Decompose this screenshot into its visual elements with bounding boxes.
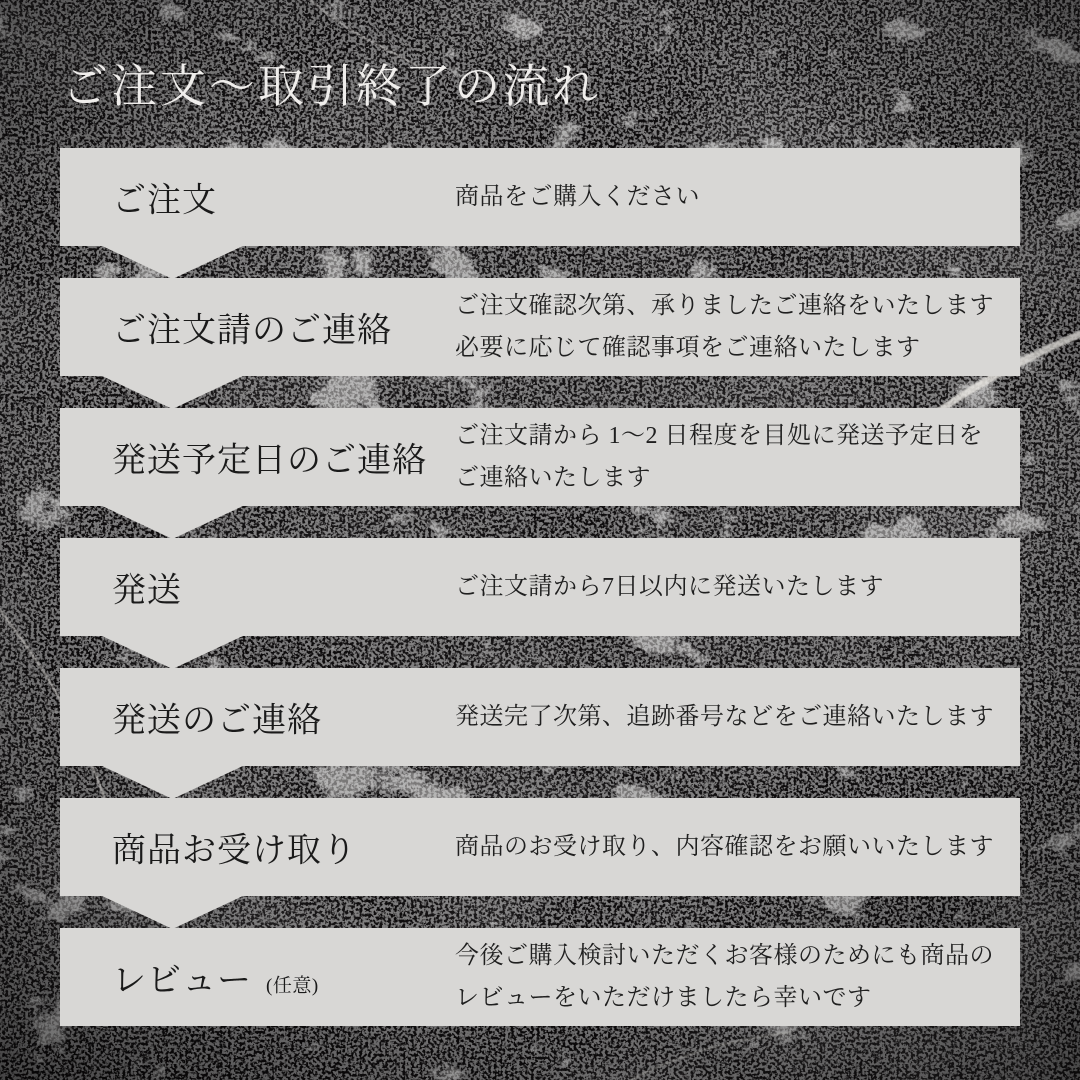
description-line: ご注文請から7日以内に発送いたします <box>455 566 1015 608</box>
step-heading-wrap: 発送予定日のご連絡 <box>112 433 427 482</box>
description-line: 今後ご購入検討いただくお客様のためにも商品の <box>455 935 1015 977</box>
step-heading-wrap: レビュー (任意) <box>112 953 319 1002</box>
step-banner: ご注文請のご連絡 ご注文確認次第、承りましたご連絡をいたします 必要に応じて確認… <box>60 278 1020 376</box>
description-line: 商品をご購入ください <box>455 176 1015 218</box>
down-triangle-icon <box>100 635 245 669</box>
step-banner: 発送のご連絡 発送完了次第、追跡番号などをご連絡いたします <box>60 668 1020 766</box>
step-description: 発送完了次第、追跡番号などをご連絡いたします <box>455 696 1015 738</box>
step-heading: 発送 <box>112 563 182 612</box>
step-banner: 発送予定日のご連絡 ご注文請から 1～2 日程度を目処に発送予定日を ご連絡いた… <box>60 408 1020 506</box>
down-triangle-icon <box>100 765 245 799</box>
step-note: (任意) <box>266 971 319 998</box>
description-line: 必要に応じて確認事項をご連絡いたします <box>455 327 1015 369</box>
steps-list: ご注文 商品をご購入ください ご注文請のご連絡 ご注文確認次第、承りましたご連絡… <box>60 148 1020 1058</box>
step-heading: ご注文請のご連絡 <box>112 303 392 352</box>
step-description: 商品のお受け取り、内容確認をお願いいたします <box>455 826 1015 868</box>
step-receive-item: 商品お受け取り 商品のお受け取り、内容確認をお願いいたします <box>60 798 1020 928</box>
step-banner: 発送 ご注文請から7日以内に発送いたします <box>60 538 1020 636</box>
step-heading: 商品お受け取り <box>112 823 357 872</box>
step-heading-wrap: 発送のご連絡 <box>112 693 322 742</box>
step-shipping: 発送 ご注文請から7日以内に発送いたします <box>60 538 1020 668</box>
step-banner: レビュー (任意) 今後ご購入検討いただくお客様のためにも商品の レビューをいた… <box>60 928 1020 1026</box>
step-heading: 発送予定日のご連絡 <box>112 433 427 482</box>
step-description: 今後ご購入検討いただくお客様のためにも商品の レビューをいただけましたら幸いです <box>455 935 1015 1019</box>
step-heading: ご注文 <box>112 173 217 222</box>
description-line: ご注文請から 1～2 日程度を目処に発送予定日を <box>455 415 1015 457</box>
description-line: 商品のお受け取り、内容確認をお願いいたします <box>455 826 1015 868</box>
down-triangle-icon <box>100 245 245 279</box>
step-heading: レビュー <box>112 953 252 1002</box>
step-description: ご注文確認次第、承りましたご連絡をいたします 必要に応じて確認事項をご連絡いたし… <box>455 285 1015 369</box>
step-banner: 商品お受け取り 商品のお受け取り、内容確認をお願いいたします <box>60 798 1020 896</box>
step-description: 商品をご購入ください <box>455 176 1015 218</box>
description-line: ご注文確認次第、承りましたご連絡をいたします <box>455 285 1015 327</box>
step-banner: ご注文 商品をご購入ください <box>60 148 1020 246</box>
step-heading: 発送のご連絡 <box>112 693 322 742</box>
step-shipping-date-notice: 発送予定日のご連絡 ご注文請から 1～2 日程度を目処に発送予定日を ご連絡いた… <box>60 408 1020 538</box>
step-heading-wrap: 商品お受け取り <box>112 823 357 872</box>
description-line: 発送完了次第、追跡番号などをご連絡いたします <box>455 696 1015 738</box>
step-description: ご注文請から 1～2 日程度を目処に発送予定日を ご連絡いたします <box>455 415 1015 499</box>
step-shipping-notice: 発送のご連絡 発送完了次第、追跡番号などをご連絡いたします <box>60 668 1020 798</box>
flow-infographic: ご注文～取引終了の流れ ご注文 商品をご購入ください ご注文請のご連絡 <box>0 0 1080 1080</box>
down-triangle-icon <box>100 375 245 409</box>
description-line: ご連絡いたします <box>455 457 1015 499</box>
step-description: ご注文請から7日以内に発送いたします <box>455 566 1015 608</box>
step-order-confirmation: ご注文請のご連絡 ご注文確認次第、承りましたご連絡をいたします 必要に応じて確認… <box>60 278 1020 408</box>
page-title: ご注文～取引終了の流れ <box>62 50 601 116</box>
down-triangle-icon <box>100 505 245 539</box>
step-order: ご注文 商品をご購入ください <box>60 148 1020 278</box>
step-heading-wrap: 発送 <box>112 563 182 612</box>
description-line: レビューをいただけましたら幸いです <box>455 977 1015 1019</box>
step-heading-wrap: ご注文請のご連絡 <box>112 303 392 352</box>
down-triangle-icon <box>100 895 245 929</box>
step-heading-wrap: ご注文 <box>112 173 217 222</box>
step-review: レビュー (任意) 今後ご購入検討いただくお客様のためにも商品の レビューをいた… <box>60 928 1020 1058</box>
